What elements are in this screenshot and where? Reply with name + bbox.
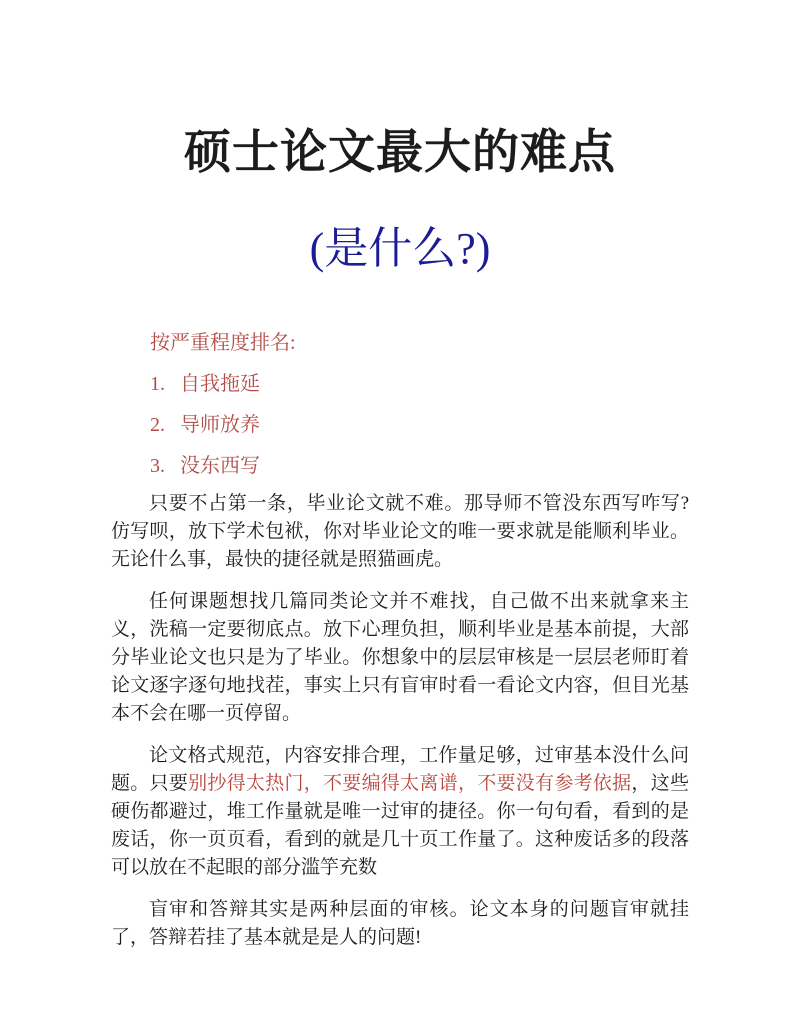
ranking-section: 按严重程度排名: 1.自我拖延 2.导师放养 3.没东西写 [150,331,800,478]
paragraph-pass-tips-warning-text: 别抄得太热门，不要编得太离谱，不要没有参考依据 [188,773,631,794]
ranking-item-number: 2. [150,413,168,437]
paragraph-blind-review-vs-defense: 盲审和答辩其实是两种层面的审核。论文本身的问题盲审就挂了，答辩若挂了基本就是是人… [111,896,689,952]
ranking-item: 2.导师放养 [150,413,800,437]
paragraph-review-reality: 任何课题想找几篇同类论文并不难找，自己做不出来就拿来主义，洗稿一定要彻底点。放下… [111,588,689,728]
paragraph-pass-tips: 论文格式规范，内容安排合理，工作量足够，过审基本没什么问题。只要别抄得太热门，不… [111,742,689,882]
ranking-item-label: 没东西写 [180,455,260,477]
document-page: 硕士论文最大的难点 (是什么?) 按严重程度排名: 1.自我拖延 2.导师放养 … [0,0,800,1035]
ranking-item: 3.没东西写 [150,454,800,478]
ranking-heading: 按严重程度排名: [150,331,800,355]
ranking-item: 1.自我拖延 [150,372,800,396]
ranking-item-label: 导师放养 [180,414,260,436]
article-body: 只要不占第一条，毕业论文就不难。那导师不管没东西写咋写?仿写呗，放下学术包袱，你… [111,490,689,952]
paragraph-shortcut: 只要不占第一条，毕业论文就不难。那导师不管没东西写咋写?仿写呗，放下学术包袱，你… [111,490,689,574]
ranking-item-label: 自我拖延 [180,373,260,395]
ranking-item-number: 1. [150,372,168,396]
page-subtitle: (是什么?) [0,224,800,275]
ranking-item-number: 3. [150,454,168,478]
page-title: 硕士论文最大的难点 [0,0,800,180]
